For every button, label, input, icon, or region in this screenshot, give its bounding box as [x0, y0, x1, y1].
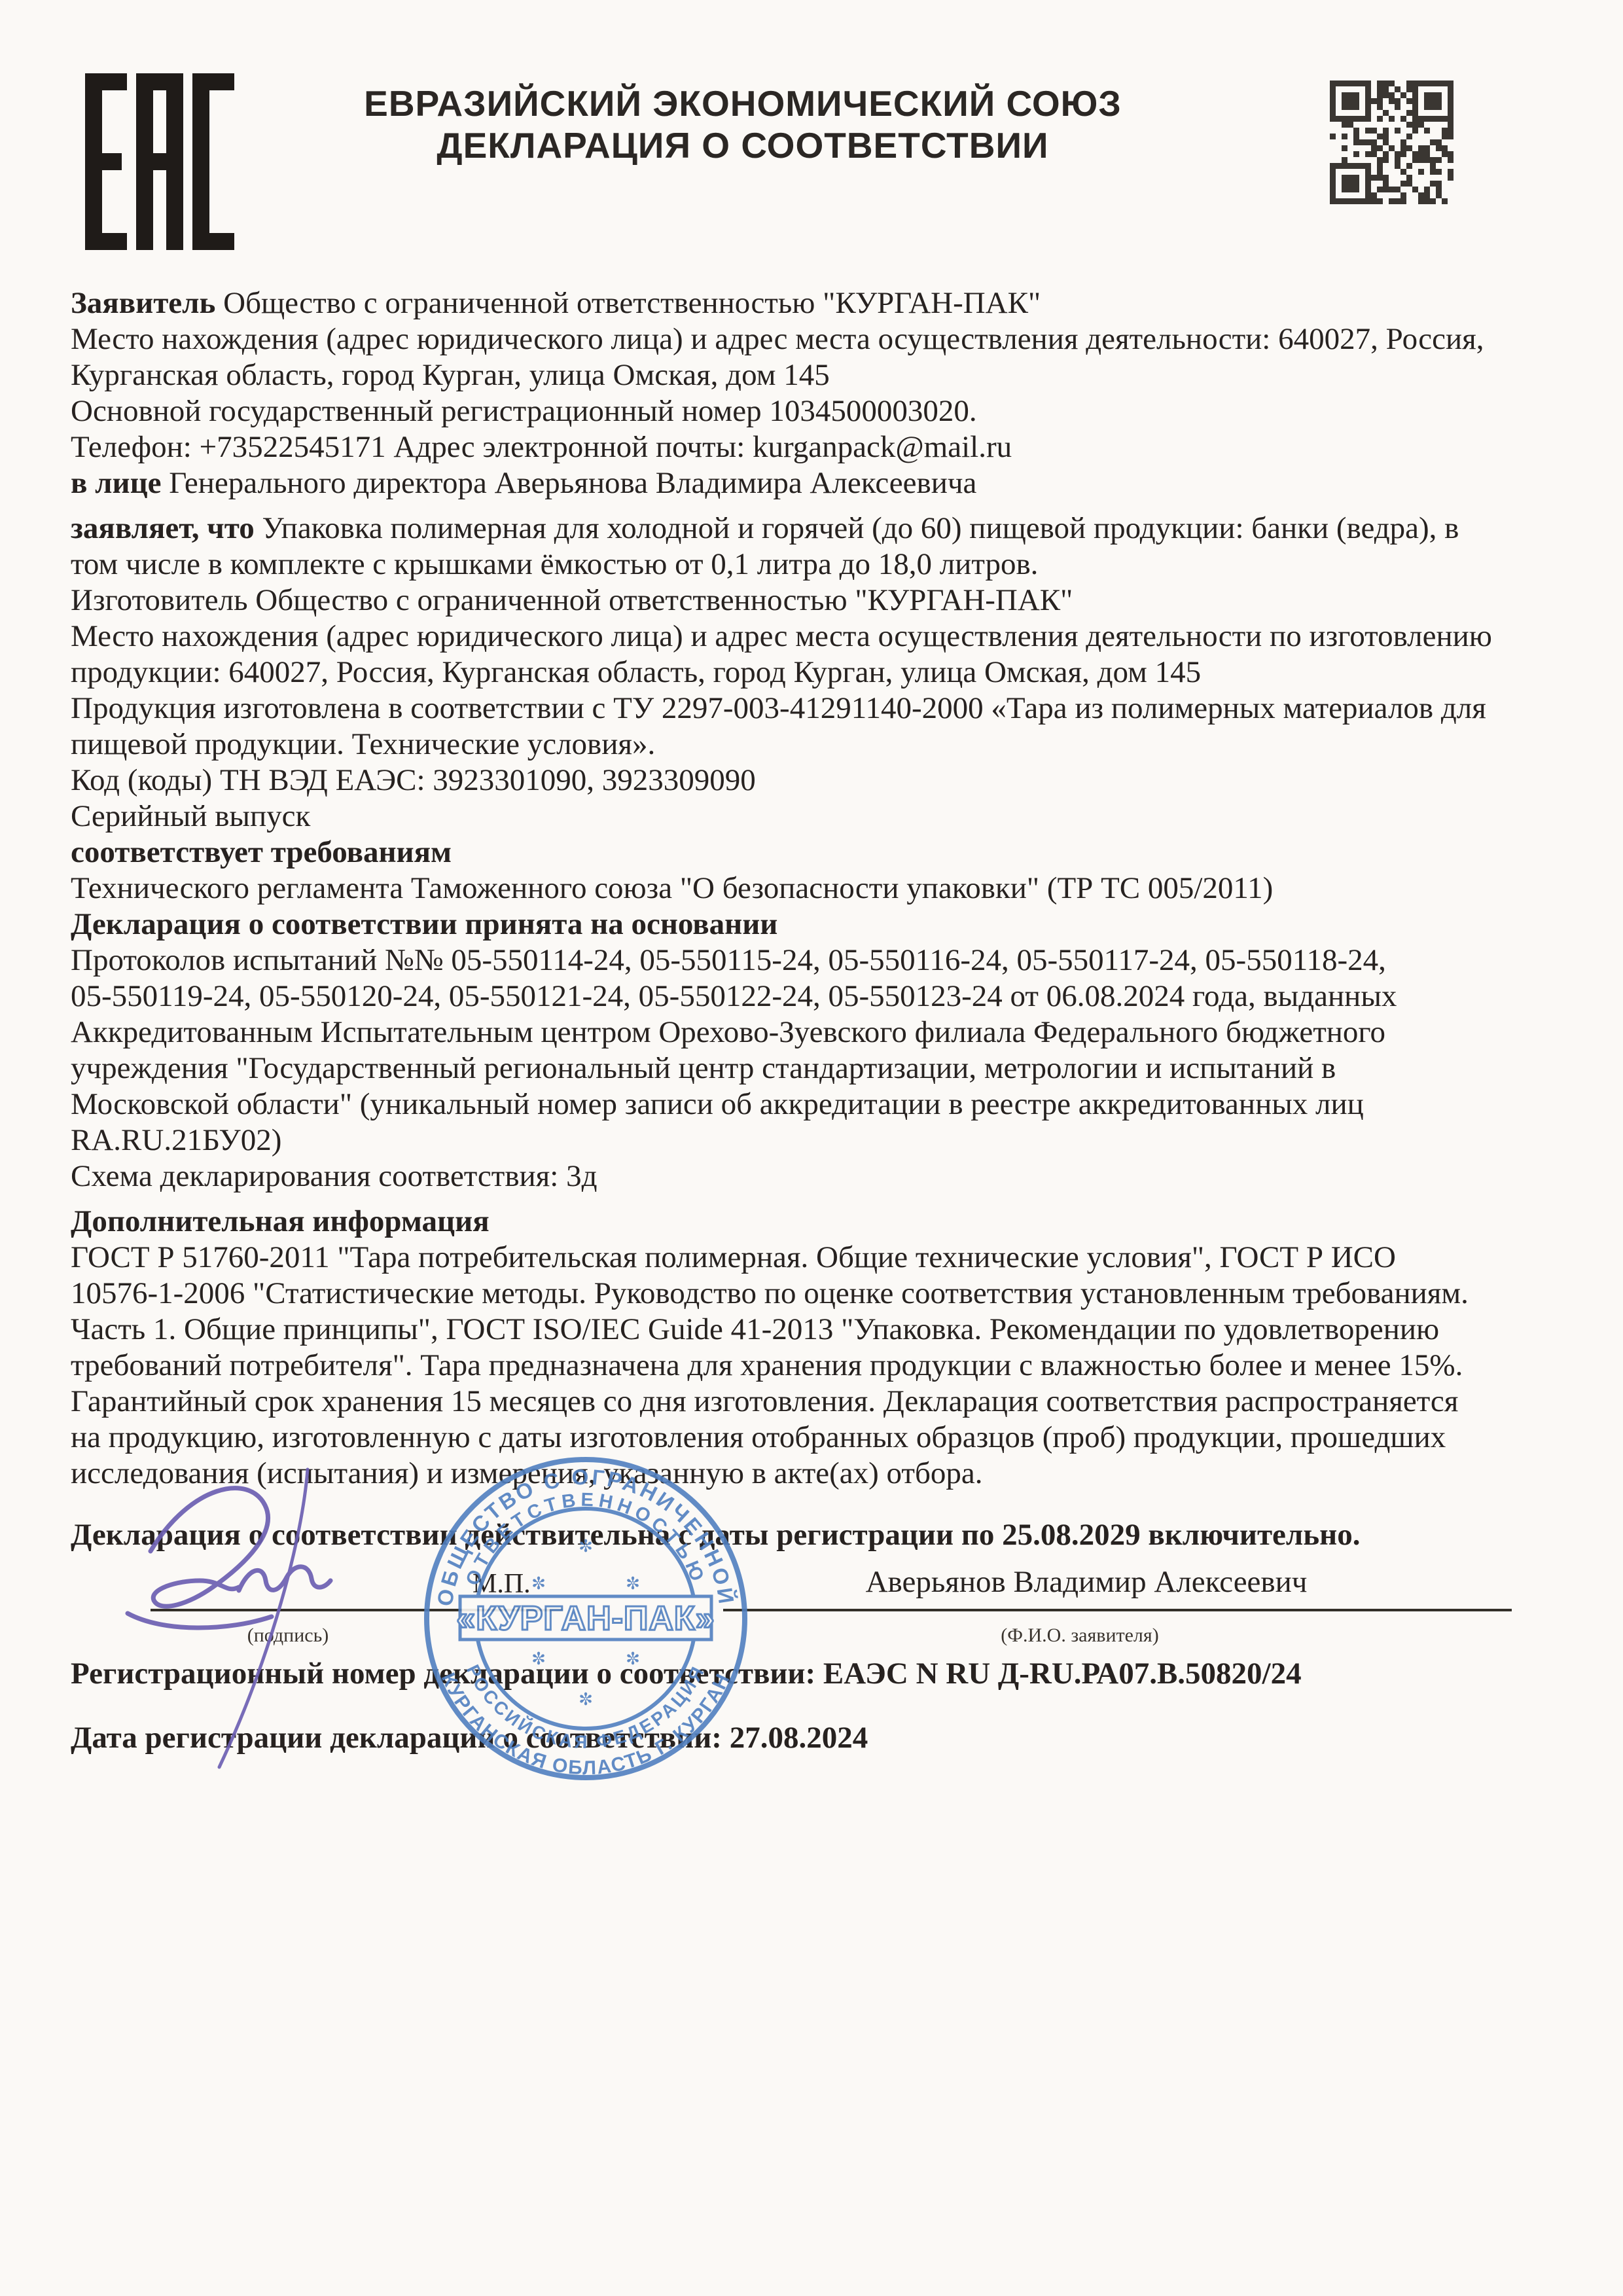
company-stamp: ОБЩЕСТВО С ОГРАНИЧЕННОЙ ОТВЕТСТВЕННОСТЬЮ…	[422, 1455, 749, 1782]
body-line: том числе в комплекте с крышками ёмкость…	[71, 547, 1582, 583]
body-line: Код (коды) ТН ВЭД ЕАЭС: 3923301090, 3923…	[71, 762, 1582, 798]
body-line: Технического регламента Таможенного союз…	[71, 870, 1582, 906]
body-line: Схема декларирования соответствия: 3д	[71, 1158, 1582, 1194]
name-line	[723, 1609, 1512, 1611]
body-line: Дополнительная информация	[71, 1204, 1582, 1240]
body-line: Основной государственный регистрационный…	[71, 393, 1582, 429]
body-line: Московской области" (уникальный номер за…	[71, 1086, 1582, 1122]
eac-mark-icon	[85, 73, 236, 250]
body-line: пищевой продукции. Технические условия».	[71, 726, 1582, 762]
body-line: 05-550119-24, 05-550120-24, 05-550121-24…	[71, 978, 1582, 1014]
svg-text:✼: ✼	[531, 1573, 546, 1593]
body-line: Серийный выпуск	[71, 798, 1582, 834]
svg-text:✼: ✼	[579, 1536, 593, 1556]
body-line: Гарантийный срок хранения 15 месяцев со …	[71, 1384, 1582, 1420]
body-line: RA.RU.21БУ02)	[71, 1122, 1582, 1158]
title-line-1: ЕВРАЗИЙСКИЙ ЭКОНОМИЧЕСКИЙ СОЮЗ	[262, 82, 1224, 124]
body-line: Место нахождения (адрес юридического лиц…	[71, 619, 1582, 655]
qr-code-icon	[1330, 81, 1454, 204]
title-line-2: ДЕКЛАРАЦИЯ О СООТВЕТСТВИИ	[262, 124, 1224, 166]
body-line: соответствует требованиям	[71, 834, 1582, 870]
body-line: Часть 1. Общие принципы", ГОСТ ISO/IEC G…	[71, 1312, 1582, 1348]
body-line: на продукцию, изготовленную с даты изгот…	[71, 1420, 1582, 1456]
body-line: Аккредитованным Испытательным центром Ор…	[71, 1014, 1582, 1050]
svg-text:✼: ✼	[579, 1689, 593, 1709]
signature-icon	[92, 1460, 380, 1787]
body-line: Декларация о соответствии принята на осн…	[71, 906, 1582, 942]
body-line: Протоколов испытаний №№ 05-550114-24, 05…	[71, 942, 1582, 978]
body-line: продукции: 640027, Россия, Курганская об…	[71, 655, 1582, 691]
declaration-document: ЕВРАЗИЙСКИЙ ЭКОНОМИЧЕСКИЙ СОЮЗ ДЕКЛАРАЦИ…	[0, 0, 1623, 2296]
body-line: в лице Генерального директора Аверьянова…	[71, 465, 1582, 501]
body-text: Заявитель Общество с ограниченной ответс…	[71, 285, 1582, 1492]
svg-text:✼: ✼	[626, 1649, 640, 1668]
svg-text:✼: ✼	[626, 1573, 640, 1593]
body-line: Курганская область, город Курган, улица …	[71, 357, 1582, 393]
body-line: заявляет, что Упаковка полимерная для хо…	[71, 511, 1582, 547]
body-line: учреждения "Государственный региональный…	[71, 1050, 1582, 1086]
body-line: Продукция изготовлена в соответствии с Т…	[71, 691, 1582, 726]
body-line: требований потребителя". Тара предназнач…	[71, 1348, 1582, 1384]
body-line: Заявитель Общество с ограниченной ответс…	[71, 285, 1582, 321]
body-line: 10576-1-2006 "Статистические методы. Рук…	[71, 1276, 1582, 1312]
body-line: Телефон: +73522545171 Адрес электронной …	[71, 429, 1582, 465]
name-caption: (Ф.И.О. заявителя)	[936, 1624, 1224, 1647]
page-title: ЕВРАЗИЙСКИЙ ЭКОНОМИЧЕСКИЙ СОЮЗ ДЕКЛАРАЦИ…	[262, 82, 1224, 166]
body-line: Место нахождения (адрес юридического лиц…	[71, 321, 1582, 357]
body-line: ГОСТ Р 51760-2011 "Тара потребительская …	[71, 1240, 1582, 1276]
applicant-name: Аверьянов Владимир Алексеевич	[857, 1564, 1315, 1600]
svg-text:✼: ✼	[531, 1649, 546, 1668]
stamp-center-text: «КУРГАН-ПАК»	[456, 1600, 715, 1638]
body-line: Изготовитель Общество с ограниченной отв…	[71, 583, 1582, 619]
